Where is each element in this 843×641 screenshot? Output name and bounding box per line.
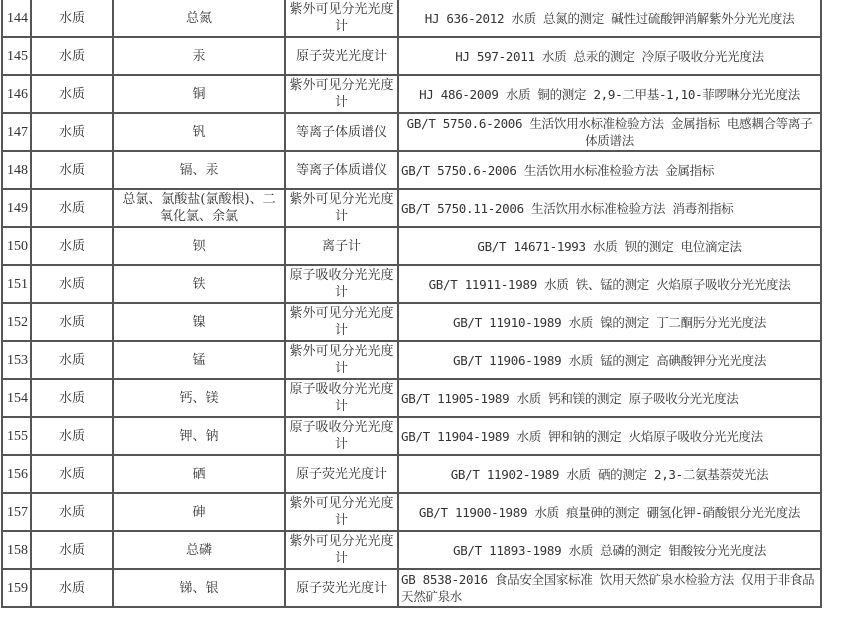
table-row: 146水质铜紫外可见分光光度计HJ 486-2009 水质 铜的测定 2,9-二… [2, 75, 821, 113]
standard-method-cell: GB/T 11893-1989 水质 总磷的测定 钼酸铵分光光度法 [398, 531, 821, 569]
table-row: 144水质总氮紫外可见分光光度计HJ 636-2012 水质 总氮的测定 碱性过… [2, 0, 821, 37]
row-number-cell: 146 [2, 75, 31, 113]
table-row: 145水质汞原子荧光光度计HJ 597-2011 水质 总汞的测定 冷原子吸收分… [2, 37, 821, 75]
instrument-cell: 紫外可见分光光度计 [285, 0, 398, 37]
sample-type-cell: 水质 [31, 0, 113, 37]
table-row: 148水质镉、汞等离子体质谱仪GB/T 5750.6-2006 生活饮用水标准检… [2, 151, 821, 189]
table-row: 158水质总磷紫外可见分光光度计GB/T 11893-1989 水质 总磷的测定… [2, 531, 821, 569]
row-number-cell: 145 [2, 37, 31, 75]
row-number-cell: 154 [2, 379, 31, 417]
standard-method-cell: GB/T 11910-1989 水质 镍的测定 丁二酮肟分光光度法 [398, 303, 821, 341]
test-item-cell: 钡 [113, 227, 285, 265]
row-number-cell: 148 [2, 151, 31, 189]
standard-method-cell: HJ 597-2011 水质 总汞的测定 冷原子吸收分光光度法 [398, 37, 821, 75]
instrument-cell: 紫外可见分光光度计 [285, 341, 398, 379]
test-item-cell: 铜 [113, 75, 285, 113]
standard-method-cell: GB/T 11902-1989 水质 硒的测定 2,3-二氨基萘荧光法 [398, 455, 821, 493]
sample-type-cell: 水质 [31, 265, 113, 303]
table-row: 159水质锑、银原子荧光光度计GB 8538-2016 食品安全国家标准 饮用天… [2, 569, 821, 607]
sample-type-cell: 水质 [31, 493, 113, 531]
test-item-cell: 汞 [113, 37, 285, 75]
standard-method-cell: HJ 486-2009 水质 铜的测定 2,9-二甲基-1,10-菲啰啉分光光度… [398, 75, 821, 113]
sample-type-cell: 水质 [31, 37, 113, 75]
row-number-cell: 152 [2, 303, 31, 341]
sample-type-cell: 水质 [31, 417, 113, 455]
table-row: 152水质镍紫外可见分光光度计GB/T 11910-1989 水质 镍的测定 丁… [2, 303, 821, 341]
sample-type-cell: 水质 [31, 75, 113, 113]
table-row: 155水质钾、钠原子吸收分光光度计GB/T 11904-1989 水质 钾和钠的… [2, 417, 821, 455]
test-item-cell: 总磷 [113, 531, 285, 569]
row-number-cell: 159 [2, 569, 31, 607]
standard-method-cell: GB/T 5750.6-2006 生活饮用水标准检验方法 金属指标 电感耦合等离… [398, 113, 821, 151]
row-number-cell: 158 [2, 531, 31, 569]
sample-type-cell: 水质 [31, 189, 113, 227]
sample-type-cell: 水质 [31, 569, 113, 607]
test-item-cell: 硒 [113, 455, 285, 493]
standard-method-cell: GB/T 11906-1989 水质 锰的测定 高碘酸钾分光光度法 [398, 341, 821, 379]
standard-method-cell: GB/T 11900-1989 水质 痕量砷的测定 硼氢化钾-硝酸银分光光度法 [398, 493, 821, 531]
test-item-cell: 钒 [113, 113, 285, 151]
table-row: 150水质钡离子计GB/T 14671-1993 水质 钡的测定 电位滴定法 [2, 227, 821, 265]
instrument-cell: 紫外可见分光光度计 [285, 75, 398, 113]
test-item-cell: 锑、银 [113, 569, 285, 607]
standard-method-cell: GB/T 11905-1989 水质 钙和镁的测定 原子吸收分光光度法 [398, 379, 821, 417]
test-item-cell: 钙、镁 [113, 379, 285, 417]
table-row: 157水质砷紫外可见分光光度计GB/T 11900-1989 水质 痕量砷的测定… [2, 493, 821, 531]
sample-type-cell: 水质 [31, 379, 113, 417]
table-row: 156水质硒原子荧光光度计GB/T 11902-1989 水质 硒的测定 2,3… [2, 455, 821, 493]
instrument-cell: 原子吸收分光光度计 [285, 379, 398, 417]
sample-type-cell: 水质 [31, 227, 113, 265]
row-number-cell: 144 [2, 0, 31, 37]
standard-method-cell: GB/T 11904-1989 水质 钾和钠的测定 火焰原子吸收分光光度法 [398, 417, 821, 455]
standard-method-cell: GB/T 14671-1993 水质 钡的测定 电位滴定法 [398, 227, 821, 265]
table-row: 149水质总氯、氯酸盐(氯酸根)、二氧化氯、余氯紫外可见分光光度计GB/T 57… [2, 189, 821, 227]
instrument-cell: 等离子体质谱仪 [285, 151, 398, 189]
table-row: 153水质锰紫外可见分光光度计GB/T 11906-1989 水质 锰的测定 高… [2, 341, 821, 379]
test-item-cell: 镉、汞 [113, 151, 285, 189]
instrument-cell: 离子计 [285, 227, 398, 265]
row-number-cell: 156 [2, 455, 31, 493]
instrument-cell: 紫外可见分光光度计 [285, 189, 398, 227]
instrument-cell: 紫外可见分光光度计 [285, 493, 398, 531]
row-number-cell: 147 [2, 113, 31, 151]
row-number-cell: 149 [2, 189, 31, 227]
sample-type-cell: 水质 [31, 341, 113, 379]
standard-method-cell: GB 8538-2016 食品安全国家标准 饮用天然矿泉水检验方法 仅用于非食品… [398, 569, 821, 607]
test-item-cell: 锰 [113, 341, 285, 379]
standards-table: 144水质总氮紫外可见分光光度计HJ 636-2012 水质 总氮的测定 碱性过… [1, 0, 822, 608]
table-row: 151水质铁原子吸收分光光度计GB/T 11911-1989 水质 铁、锰的测定… [2, 265, 821, 303]
sample-type-cell: 水质 [31, 303, 113, 341]
instrument-cell: 原子荧光光度计 [285, 455, 398, 493]
test-item-cell: 镍 [113, 303, 285, 341]
sample-type-cell: 水质 [31, 151, 113, 189]
standard-method-cell: GB/T 11911-1989 水质 铁、锰的测定 火焰原子吸收分光光度法 [398, 265, 821, 303]
instrument-cell: 原子吸收分光光度计 [285, 265, 398, 303]
sample-type-cell: 水质 [31, 455, 113, 493]
instrument-cell: 等离子体质谱仪 [285, 113, 398, 151]
table-body: 144水质总氮紫外可见分光光度计HJ 636-2012 水质 总氮的测定 碱性过… [2, 0, 821, 607]
sample-type-cell: 水质 [31, 531, 113, 569]
standard-method-cell: GB/T 5750.6-2006 生活饮用水标准检验方法 金属指标 [398, 151, 821, 189]
instrument-cell: 原子吸收分光光度计 [285, 417, 398, 455]
standard-method-cell: GB/T 5750.11-2006 生活饮用水标准检验方法 消毒剂指标 [398, 189, 821, 227]
row-number-cell: 155 [2, 417, 31, 455]
test-item-cell: 总氮 [113, 0, 285, 37]
test-item-cell: 总氯、氯酸盐(氯酸根)、二氧化氯、余氯 [113, 189, 285, 227]
row-number-cell: 150 [2, 227, 31, 265]
standard-method-cell: HJ 636-2012 水质 总氮的测定 碱性过硫酸钾消解紫外分光光度法 [398, 0, 821, 37]
row-number-cell: 153 [2, 341, 31, 379]
sample-type-cell: 水质 [31, 113, 113, 151]
instrument-cell: 紫外可见分光光度计 [285, 531, 398, 569]
test-item-cell: 钾、钠 [113, 417, 285, 455]
table-row: 154水质钙、镁原子吸收分光光度计GB/T 11905-1989 水质 钙和镁的… [2, 379, 821, 417]
row-number-cell: 157 [2, 493, 31, 531]
table-row: 147水质钒等离子体质谱仪GB/T 5750.6-2006 生活饮用水标准检验方… [2, 113, 821, 151]
row-number-cell: 151 [2, 265, 31, 303]
instrument-cell: 原子荧光光度计 [285, 37, 398, 75]
test-item-cell: 砷 [113, 493, 285, 531]
instrument-cell: 原子荧光光度计 [285, 569, 398, 607]
instrument-cell: 紫外可见分光光度计 [285, 303, 398, 341]
test-item-cell: 铁 [113, 265, 285, 303]
